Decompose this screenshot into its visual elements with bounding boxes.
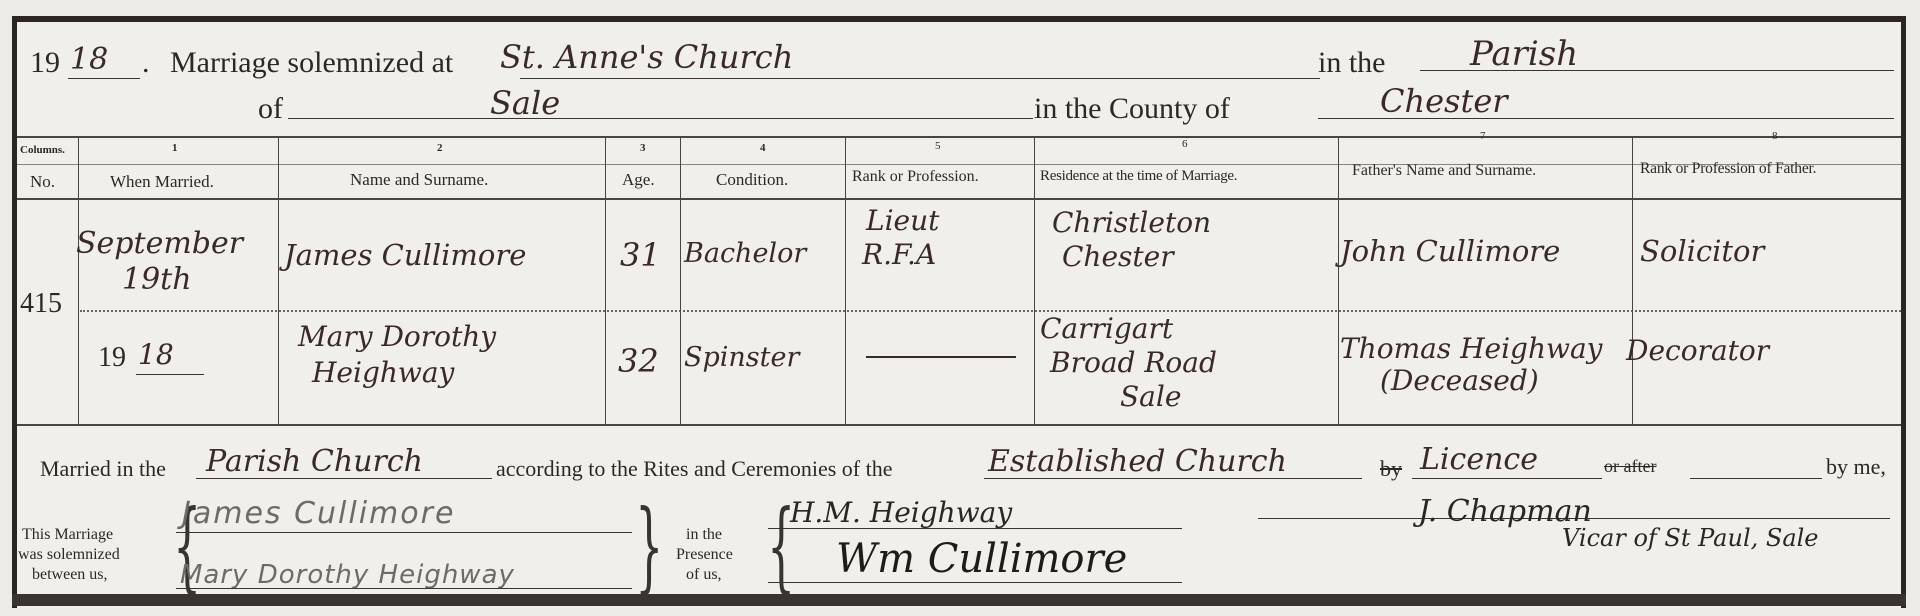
groom-residence-line1: Christleton [1052, 206, 1211, 239]
header-when-married: When Married. [110, 172, 214, 192]
header-father-name: Father's Name and Surname. [1352, 162, 1536, 180]
groom-condition: Bachelor [684, 238, 806, 269]
columns-label: Columns. [20, 144, 65, 156]
year-dot: . [142, 46, 150, 80]
between-label-2: was solemnized [18, 546, 120, 564]
bride-condition: Spinster [684, 342, 799, 373]
county-label: in the County of [1034, 92, 1230, 126]
groom-rank-line1: Lieut [866, 204, 939, 237]
church-name: St. Anne's Church [500, 38, 793, 76]
bride-residence-line2: Broad Road [1050, 346, 1217, 379]
presence-label-3: of us, [686, 566, 722, 584]
bride-name-line2: Heighway [312, 356, 454, 389]
presence-label-2: Presence [676, 546, 733, 564]
column-number-7: 7 [1480, 130, 1486, 142]
groom-rank-line2: R.F.A [862, 238, 936, 271]
groom-signature: James Cullimore [182, 496, 455, 531]
column-number-8: 8 [1772, 130, 1778, 142]
groom-father-name: John Cullimore [1340, 234, 1560, 268]
year-suffix: 18 [70, 42, 108, 77]
header-condition: Condition. [716, 170, 788, 190]
rites-label: according to the Rites and Ceremonies of… [496, 456, 893, 482]
column-number-2: 2 [437, 142, 443, 154]
bride-father-name-line2: (Deceased) [1380, 364, 1539, 397]
married-in-value: Parish Church [206, 444, 423, 479]
parish-value: Parish [1470, 34, 1578, 74]
of-label: of [258, 92, 283, 126]
bride-rank-dash [866, 356, 1016, 358]
year-prefix: 19 [30, 46, 60, 80]
header-father-rank: Rank or Profession of Father. [1640, 160, 1816, 178]
witness2-signature: Wm Cullimore [836, 536, 1127, 582]
licence-value: Licence [1420, 442, 1538, 477]
header-rank: Rank or Profession. [852, 168, 979, 186]
or-after-label: or after [1604, 456, 1656, 477]
bride-age: 32 [618, 342, 659, 380]
by-label: by [1380, 456, 1402, 482]
header-name: Name and Surname. [350, 170, 488, 190]
column-number-3: 3 [640, 142, 646, 154]
bride-father-name-line1: Thomas Heighway [1340, 332, 1602, 365]
header-age: Age. [622, 170, 655, 190]
date-day: 19th [122, 262, 192, 297]
column-number-4: 4 [760, 142, 766, 154]
bride-residence-line1: Carrigart [1040, 312, 1173, 345]
between-label-3: between us, [32, 566, 108, 584]
officiant-title: Vicar of St Paul, Sale [1562, 524, 1819, 552]
date-year-suffix: 18 [138, 338, 174, 371]
witness1-signature: H.M. Heighway [790, 496, 1012, 529]
header-no: No. [30, 172, 55, 192]
column-number-6: 6 [1182, 138, 1188, 150]
groom-age: 31 [620, 236, 661, 274]
presence-label-1: in the [686, 526, 722, 544]
groom-father-rank: Solicitor [1640, 234, 1764, 268]
by-me-label: by me, [1826, 454, 1886, 480]
bride-father-rank: Decorator [1626, 334, 1769, 367]
between-label-1: This Marriage [22, 526, 113, 544]
column-number-1: 1 [172, 142, 178, 154]
entry-number: 415 [20, 288, 62, 320]
solemnized-label: Marriage solemnized at [170, 46, 453, 80]
bride-signature: Mary Dorothy Heighway [180, 560, 515, 590]
right-brace: { [635, 498, 663, 596]
church-type-value: Established Church [988, 444, 1287, 479]
header-residence: Residence at the time of Marriage. [1040, 168, 1237, 185]
place-value: Sale [490, 84, 560, 122]
county-value: Chester [1380, 82, 1508, 120]
groom-residence-line2: Chester [1062, 240, 1174, 273]
frame-bottom-border [12, 594, 1906, 606]
married-in-label: Married in the [40, 456, 166, 482]
column-number-5: 5 [935, 140, 941, 152]
bride-residence-line3: Sale [1120, 380, 1181, 413]
date-month: September [76, 226, 243, 261]
in-the-label: in the [1318, 46, 1386, 80]
groom-name: James Cullimore [284, 238, 526, 272]
date-year-prefix: 19 [98, 342, 126, 374]
bride-name-line1: Mary Dorothy [298, 320, 496, 353]
